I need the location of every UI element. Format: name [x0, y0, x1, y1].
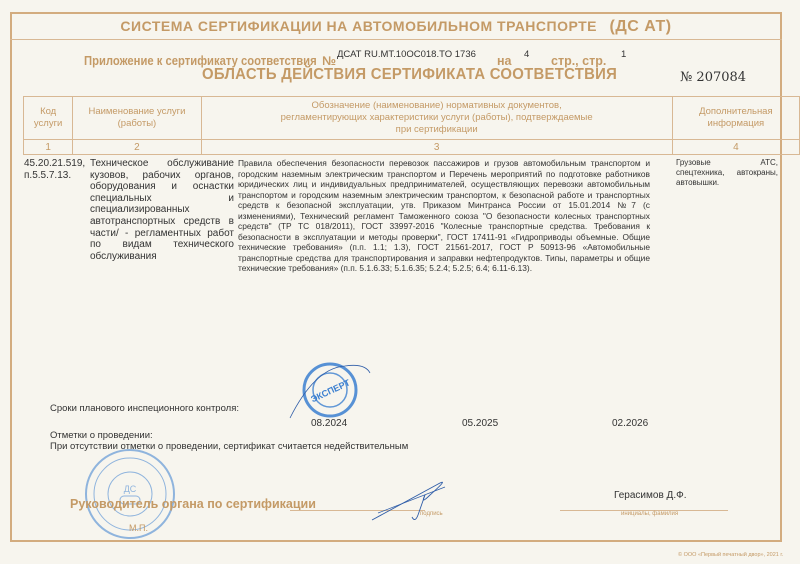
- total-pages: 4: [524, 49, 529, 60]
- service-code: 45.20.21.519, п.5.5.7.13.: [24, 158, 90, 181]
- system-abbr: (ДС АТ): [609, 18, 671, 35]
- inspection-date-2: 05.2025: [462, 418, 498, 429]
- col-num-4: 4: [672, 140, 799, 155]
- col-header-code: Код услуги: [24, 97, 73, 140]
- certificate-number: ДСАТ RU.MT.10OC018.TO 1736: [337, 49, 476, 60]
- form-number: № 207084: [680, 70, 746, 85]
- signature-icon: [370, 475, 450, 525]
- inspection-label: Сроки планового инспеционного контроля:: [50, 403, 239, 414]
- col-header-normative: Обозначение (наименование) нормативных д…: [201, 97, 672, 140]
- additional-info: Грузовые АТС, спецтехника, автокраны, ав…: [676, 158, 778, 188]
- head-of-body-label: Руководитель органа по сертификации: [70, 497, 316, 511]
- inspection-date-1: 08.2024: [311, 418, 347, 429]
- col-header-service: Наименование услуги (работы): [73, 97, 201, 140]
- copyright: © ООО «Первый печатный двор», 2021 г.: [678, 552, 783, 558]
- service-name: Техническое обслуживание кузовов, рабочи…: [90, 158, 234, 262]
- page-number: 1: [621, 49, 626, 60]
- signer-name: Герасимов Д.Ф.: [614, 490, 686, 501]
- seal-label: М.П.: [129, 523, 148, 533]
- col-num-3: 3: [201, 140, 672, 155]
- system-title: Система сертификации на автомобильном тр…: [120, 18, 597, 34]
- name-caption: инициалы, фамилия: [621, 511, 678, 517]
- col-num-2: 2: [73, 140, 201, 155]
- col-header-extra: Дополнительная информация: [672, 97, 799, 140]
- col-num-1: 1: [24, 140, 73, 155]
- marks-label: Отметки о проведении:: [50, 430, 153, 441]
- scope-title: ОБЛАСТЬ ДЕЙСТВИЯ СЕРТИФИКАТА СООТВЕТСТВИ…: [202, 66, 617, 84]
- svg-text:ДС: ДС: [124, 484, 137, 494]
- inspection-date-3: 02.2026: [612, 418, 648, 429]
- system-title-bar: Система сертификации на автомобильном тр…: [10, 12, 782, 40]
- scope-table-header: Код услуги Наименование услуги (работы) …: [23, 96, 800, 155]
- normative-documents: Правила обеспечения безопасности перевоз…: [238, 158, 650, 274]
